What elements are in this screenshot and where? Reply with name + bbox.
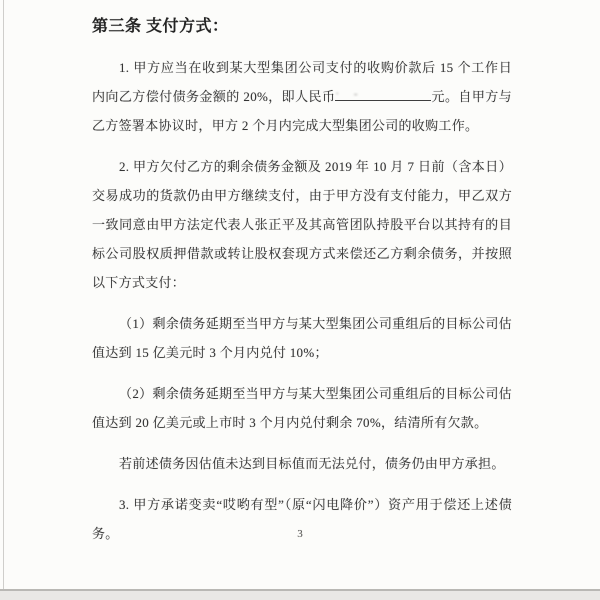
contract-body: 第三条 支付方式： 1. 甲方应当在收到某大型集团公司支付的收购价款后 15 个…: [92, 16, 512, 560]
redaction-smudge: · ‐: [335, 88, 363, 100]
clause-2-note: 若前述债务因估值未达到目标值而无法兑付，债务仍由甲方承担。: [92, 449, 512, 478]
scanned-contract-screenshot: 第三条 支付方式： 1. 甲方应当在收到某大型集团公司支付的收购价款后 15 个…: [0, 0, 600, 600]
page-left-edge: [3, 0, 4, 589]
document-page: 第三条 支付方式： 1. 甲方应当在收到某大型集团公司支付的收购价款后 15 个…: [0, 0, 600, 591]
clause-1: 1. 甲方应当在收到某大型集团公司支付的收购价款后 15 个工作日内向乙方偿付债…: [92, 53, 512, 140]
section-title: 第三条 支付方式：: [92, 16, 512, 38]
redacted-amount-blank: · ‐: [335, 86, 431, 101]
page-number: 3: [0, 528, 600, 540]
clause-2-item-1: （1）剩余债务延期至当甲方与某大型集团公司重组后的目标公司估值达到 15 亿美元…: [92, 309, 512, 367]
clause-2-item-2: （2）剩余债务延期至当甲方与某大型集团公司重组后的目标公司估值达到 20 亿美元…: [92, 379, 512, 437]
clause-2: 2. 甲方欠付乙方的剩余债务金额及 2019 年 10 月 7 日前（含本日）交…: [92, 152, 512, 297]
